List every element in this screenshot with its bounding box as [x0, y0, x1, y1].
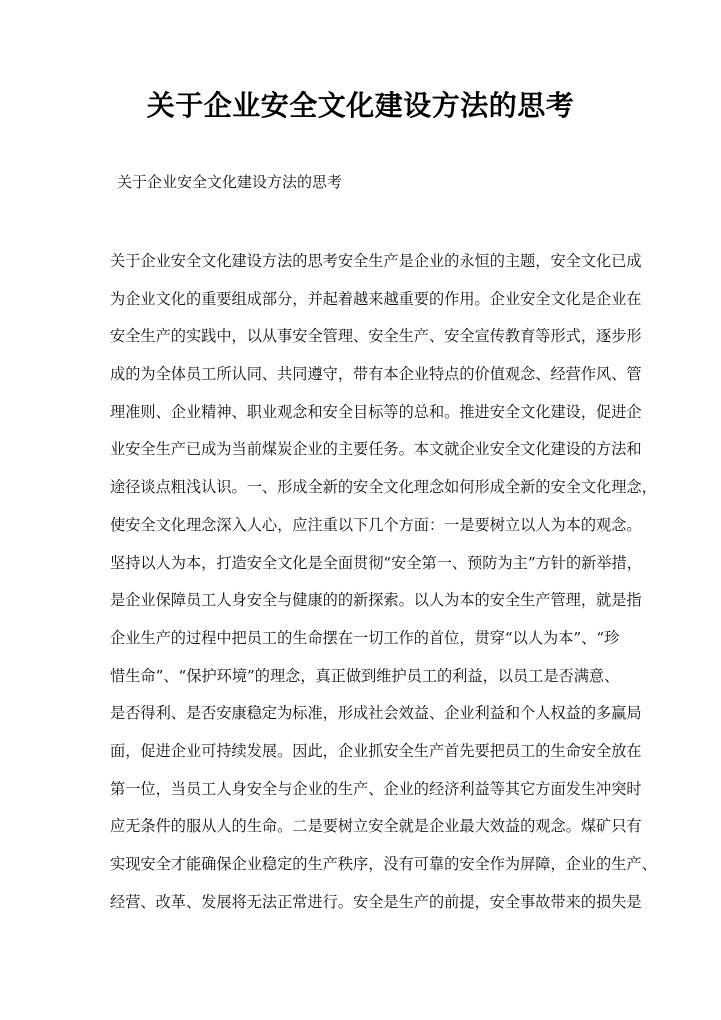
body-line: 途径谈点粗浅认识。一、形成全新的安全文化理念如何形成全新的安全文化理念，	[110, 469, 613, 507]
body-line: 安全生产的实践中，以从事安全管理、安全生产、安全宣传教育等形式，逐步形	[110, 318, 613, 356]
document-title: 关于企业安全文化建设方法的思考	[0, 88, 721, 124]
body-line: 为企业文化的重要组成部分，并起着越来越重要的作用。企业安全文化是企业在	[110, 281, 613, 319]
body-line: 实现安全才能确保企业稳定的生产秩序，没有可靠的安全作为屏障，企业的生产、	[110, 846, 613, 884]
body-line: 关于企业安全文化建设方法的思考安全生产是企业的永恒的主题，安全文化已成	[110, 243, 613, 281]
document-body: 关于企业安全文化建设方法的思考安全生产是企业的永恒的主题，安全文化已成 为企业文…	[110, 243, 613, 921]
body-line: 是企业保障员工人身安全与健康的的新探索。以人为本的安全生产管理，就是指	[110, 582, 613, 620]
body-line: 坚持以人为本，打造安全文化是全面贯彻“安全第一、预防为主”方针的新举措，	[110, 545, 613, 583]
body-line: 企业生产的过程中把员工的生命摆在一切工作的首位，贯穿“以人为本”、“珍	[110, 620, 613, 658]
body-line: 惜生命”、“保护环境”的理念，真正做到维护员工的利益，以员工是否满意、	[110, 658, 613, 696]
body-line: 第一位，当员工人身安全与企业的生产、企业的经济利益等其它方面发生冲突时	[110, 771, 613, 809]
body-line: 使安全文化理念深入人心，应注重以下几个方面：一是要树立以人为本的观念。	[110, 507, 613, 545]
body-line: 经营、改革、发展将无法正常进行。安全是生产的前提，安全事故带来的损失是	[110, 884, 613, 922]
body-line: 理准则、企业精神、职业观念和安全目标等的总和。推进安全文化建设，促进企	[110, 394, 613, 432]
document-page: 关于企业安全文化建设方法的思考 关于企业安全文化建设方法的思考 关于企业安全文化…	[0, 0, 721, 1020]
document-subtitle: 关于企业安全文化建设方法的思考	[117, 172, 342, 192]
body-line: 面，促进企业可持续发展。因此，企业抓安全生产首先要把员工的生命安全放在	[110, 733, 613, 771]
body-line: 应无条件的服从人的生命。二是要树立安全就是企业最大效益的观念。煤矿只有	[110, 808, 613, 846]
body-line: 业安全生产已成为当前煤炭企业的主要任务。本文就企业安全文化建设的方法和	[110, 431, 613, 469]
body-line: 成的为全体员工所认同、共同遵守，带有本企业特点的价值观念、经营作风、管	[110, 356, 613, 394]
body-line: 是否得利、是否安康稳定为标准，形成社会效益、企业利益和个人权益的多赢局	[110, 695, 613, 733]
